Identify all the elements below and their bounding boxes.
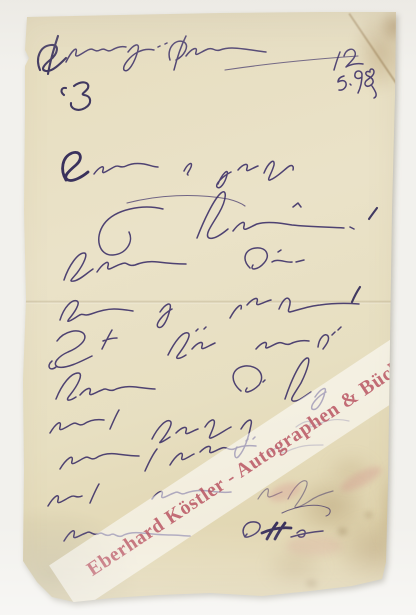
handwriting-line-3 <box>64 248 304 281</box>
handwriting-line-2 <box>99 192 377 255</box>
ink-stroke <box>99 192 354 255</box>
ink-stroke <box>66 36 266 71</box>
ink-stroke <box>127 196 245 206</box>
date-figures <box>334 49 376 98</box>
handwriting-line-1 <box>63 152 294 187</box>
handwriting-line-5 <box>49 327 341 369</box>
ink-stroke <box>63 152 88 180</box>
ink-stroke <box>60 298 359 327</box>
handwriting-line-4 <box>60 287 360 327</box>
ink-stroke <box>352 287 360 302</box>
ink-stroke <box>64 248 304 281</box>
letter-paper: Eberhard Köstler - Autographen & Bücher <box>0 0 416 615</box>
signature <box>243 505 330 539</box>
paper-shadow: Eberhard Köstler - Autographen & Bücher <box>0 0 416 615</box>
ink-stroke <box>369 208 377 219</box>
ink-stroke <box>262 523 291 539</box>
ink-stroke <box>49 327 341 369</box>
ink-stroke <box>38 36 66 74</box>
ink-stroke <box>94 161 293 187</box>
ink-stroke <box>56 358 326 410</box>
ink-stroke <box>62 82 91 109</box>
ink-stroke <box>334 49 376 98</box>
ink-stroke <box>282 505 330 516</box>
ink-stroke <box>258 481 333 508</box>
photo-background: Eberhard Köstler - Autographen & Bücher <box>0 0 416 615</box>
page-numeral <box>62 82 91 109</box>
handwriting-line-6 <box>56 358 326 410</box>
